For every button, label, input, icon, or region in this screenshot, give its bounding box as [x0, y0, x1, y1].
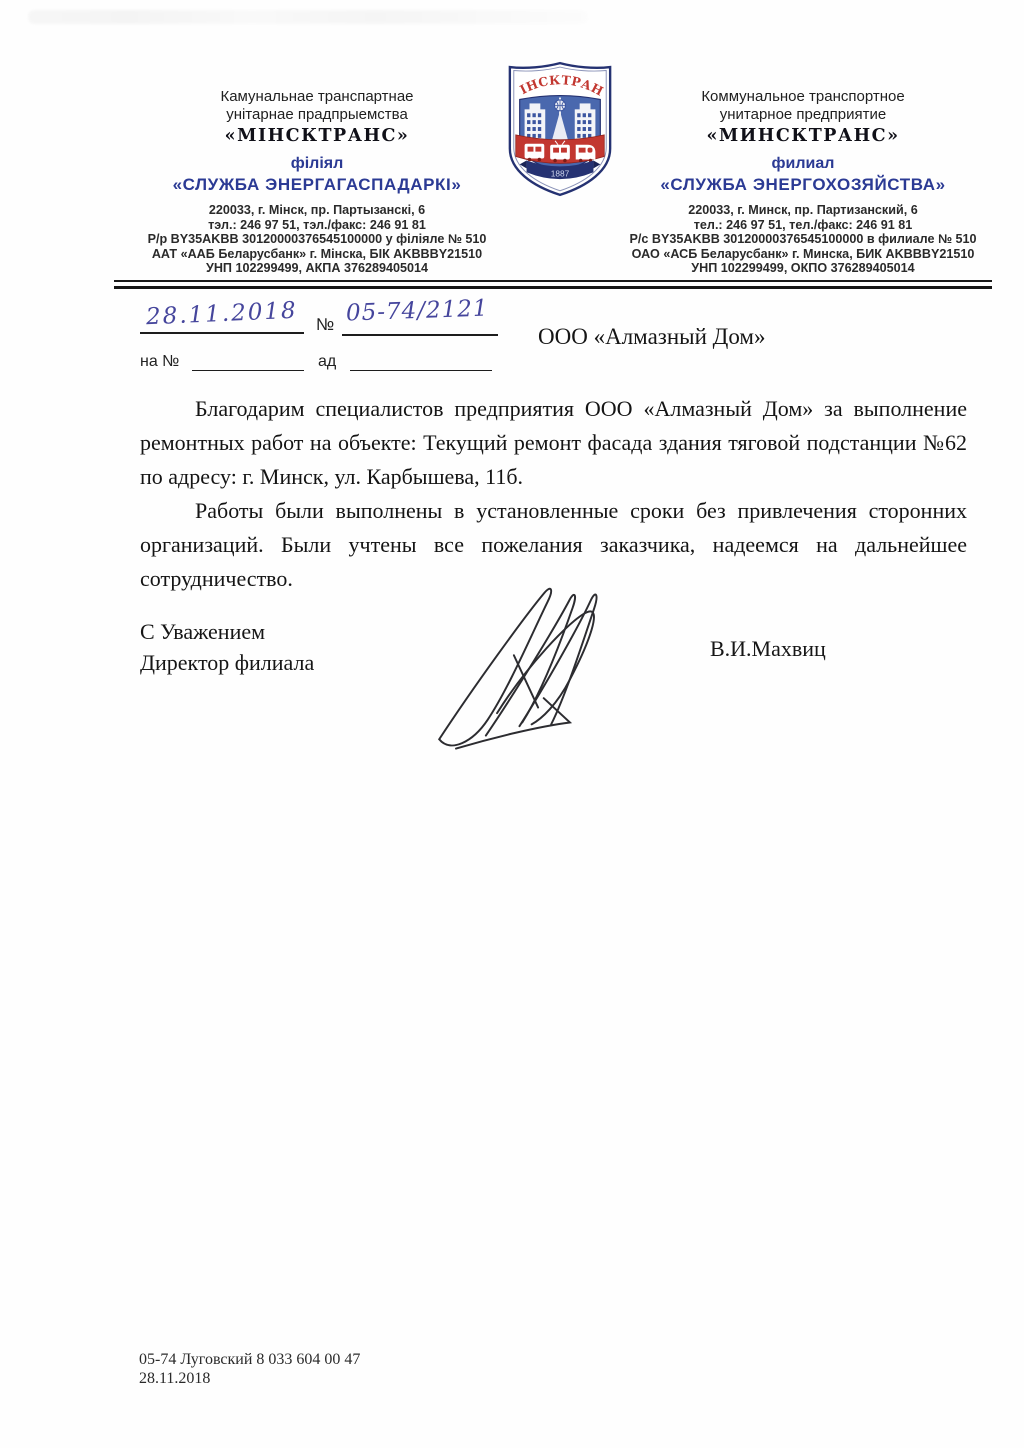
closing-block: С Уважением Директор филиала: [140, 616, 314, 678]
closing-line: Директор филиала: [140, 647, 314, 678]
letterhead-belarusian: Камунальнае транспартнае унітарнае прадп…: [136, 88, 498, 276]
date-underline: [140, 332, 304, 334]
branch-label: філіял: [136, 155, 498, 173]
branch-name: «СЛУЖБА ЭНЕРГАГАСПАДАРКІ»: [136, 175, 498, 195]
scanned-letter-page: Камунальнае транспартнае унітарнае прадп…: [0, 0, 1024, 1448]
footer-block: 05-74 Луговский 8 033 604 00 47 28.11.20…: [139, 1350, 360, 1388]
signatory-name: В.И.Махвиц: [710, 636, 826, 662]
address-line: Р/с BY35AKBB 30120000376545100000 в фили…: [622, 232, 984, 247]
branch-label: филиал: [622, 155, 984, 173]
doc-number-handwritten: 05-74/2121: [346, 296, 489, 327]
minsktrans-logo-icon: МІНСКТРАНС: [501, 60, 619, 198]
address-line: 220033, г. Мінск, пр. Партызанскі, 6: [136, 203, 498, 218]
address-line: УНП 102299499, АКПА 376289405014: [136, 261, 498, 276]
org-name-line: Камунальнае транспартнае: [136, 88, 498, 106]
reply-date-underline: [350, 370, 492, 371]
reply-date-label: ад: [318, 353, 336, 371]
closing-line: С Уважением: [140, 616, 314, 647]
address-line: тел.: 246 97 51, тел./факс: 246 91 81: [622, 218, 984, 233]
org-name-line: унитарное предприятие: [622, 106, 984, 124]
address-line: тэл.: 246 97 51, тэл./факс: 246 91 81: [136, 218, 498, 233]
number-underline: [342, 334, 498, 336]
letterhead-divider: [114, 280, 992, 289]
branch-name: «СЛУЖБА ЭНЕРГОХОЗЯЙСТВА»: [622, 175, 984, 195]
address-line: УНП 102299499, ОКПО 376289405014: [622, 261, 984, 276]
scan-artifact: [28, 10, 588, 24]
number-label: №: [316, 315, 334, 335]
body-paragraph-1: Благодарим специалистов предприятия ООО …: [140, 392, 967, 494]
org-name-line: Коммунальное транспортное: [622, 88, 984, 106]
letterhead-russian: Коммунальное транспортное унитарное пред…: [622, 88, 984, 276]
addressee: ООО «Алмазный Дом»: [538, 324, 765, 350]
footer-contact: 05-74 Луговский 8 033 604 00 47: [139, 1350, 360, 1369]
address-block: 220033, г. Мінск, пр. Партызанскі, 6 тэл…: [136, 203, 498, 276]
address-line: ААТ «ААБ Беларусбанк» г. Мінска, БІК AKB…: [136, 247, 498, 262]
reply-number-label: на №: [140, 353, 179, 371]
reply-number-underline: [192, 370, 304, 371]
address-line: ОАО «АСБ Беларусбанк» г. Минска, БИК AKB…: [622, 247, 984, 262]
brand-name: «МІНСКТРАНС»: [136, 126, 498, 146]
signature-icon: [428, 564, 624, 754]
address-line: 220033, г. Минск, пр. Партизанский, 6: [622, 203, 984, 218]
logo-year-text: 1887: [551, 169, 570, 179]
brand-name: «МИНСКТРАНС»: [622, 126, 984, 146]
date-handwritten: 28.11.2018: [146, 298, 299, 331]
address-block: 220033, г. Минск, пр. Партизанский, 6 те…: [622, 203, 984, 276]
org-name-line: унітарнае прадпрыемства: [136, 106, 498, 124]
address-line: Р/р BY35AKBB 30120000376545100000 у філі…: [136, 232, 498, 247]
footer-date: 28.11.2018: [139, 1369, 360, 1388]
